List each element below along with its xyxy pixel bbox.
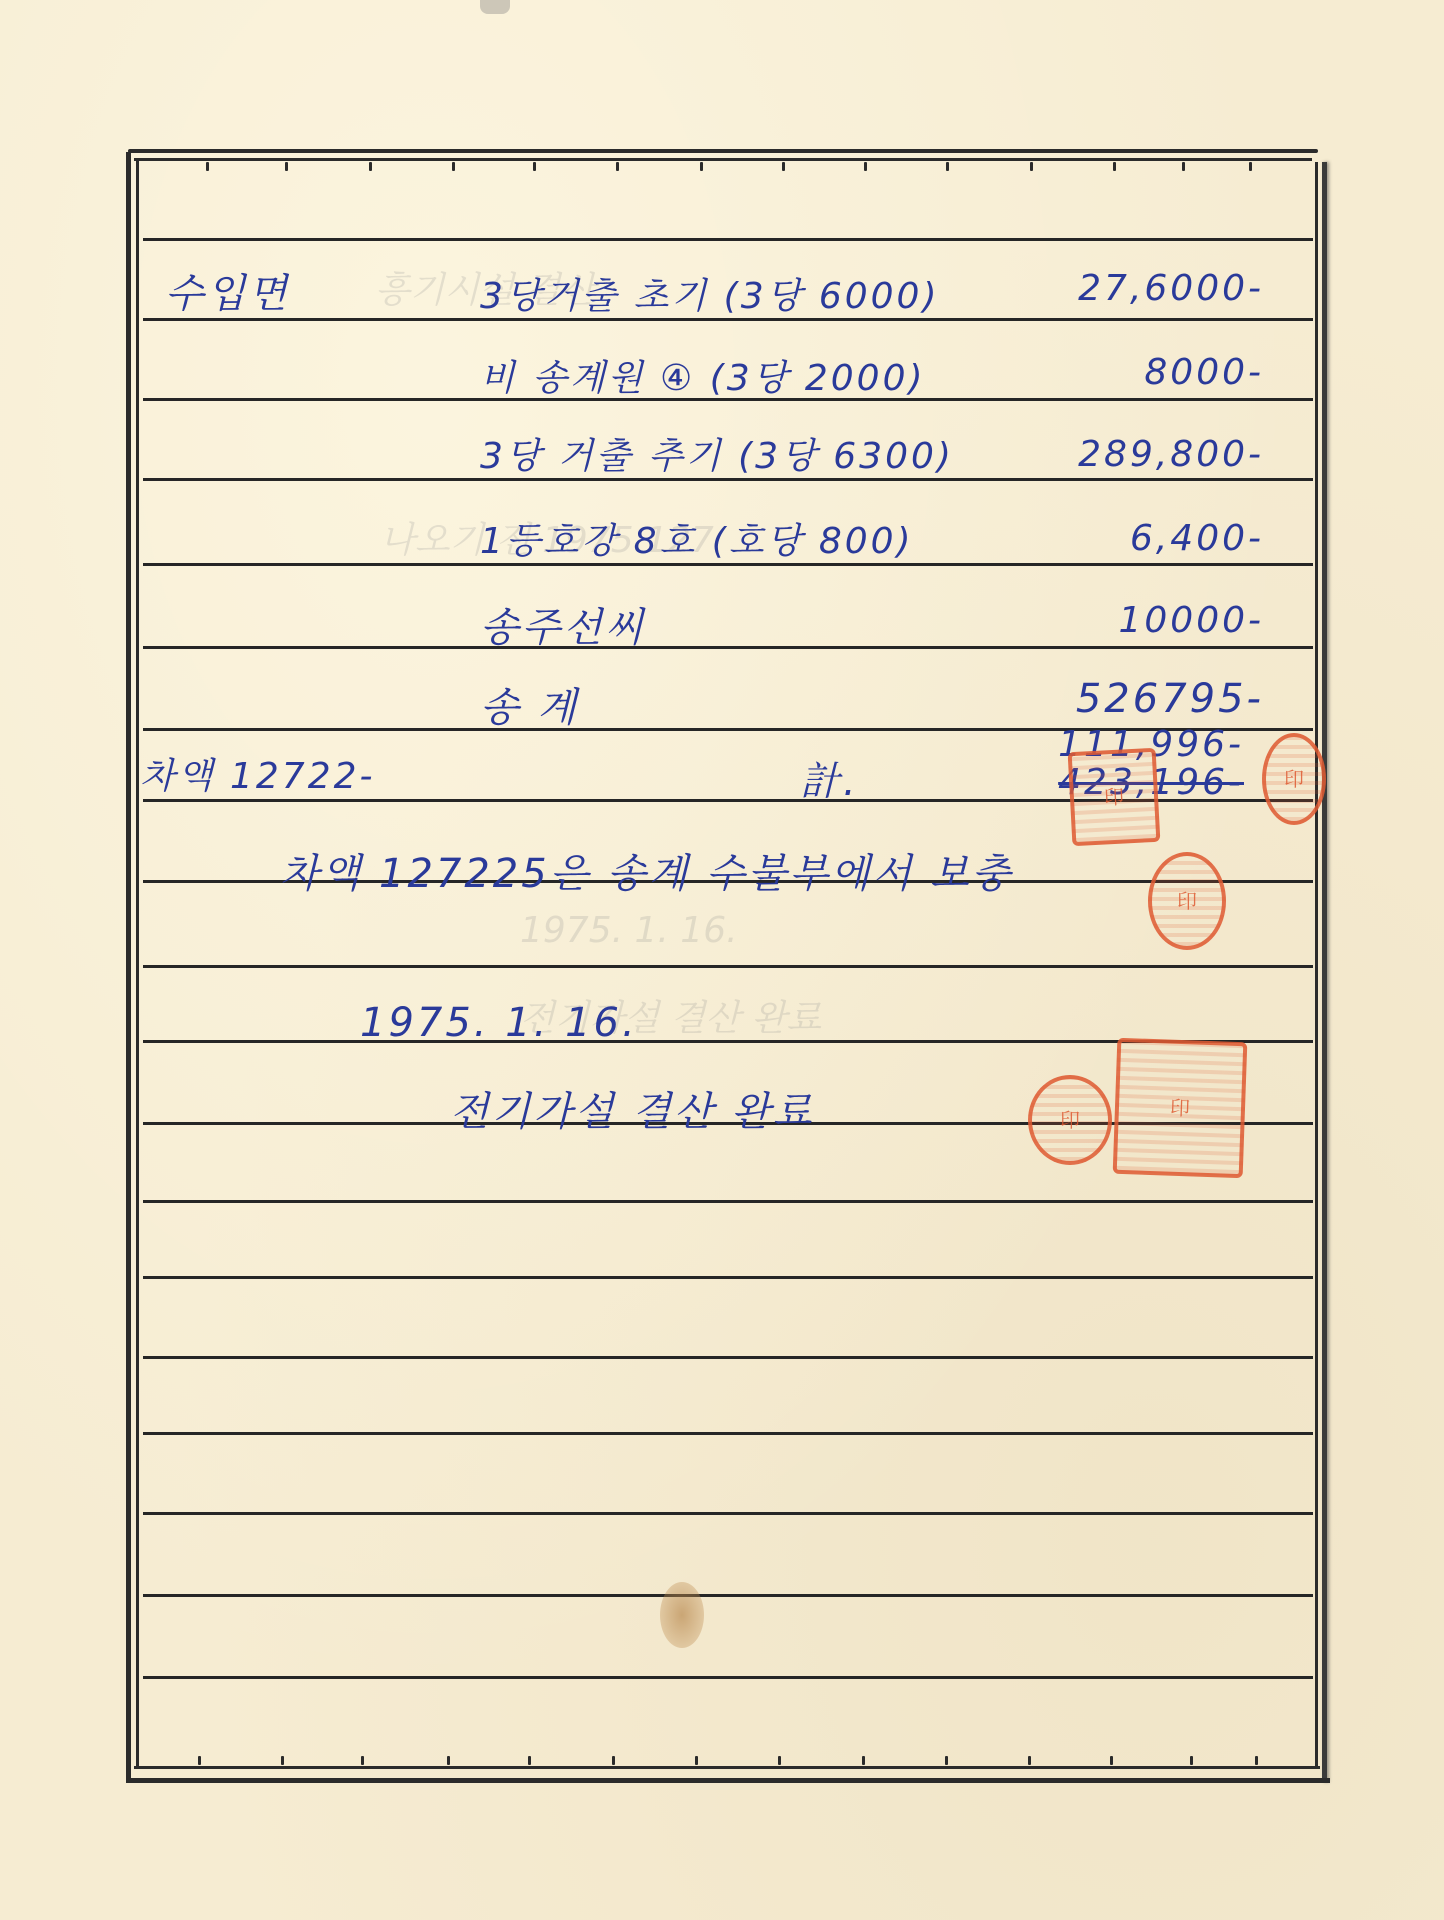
note-line: 차액 127225은 송계 수불부에서 보충	[280, 842, 1013, 899]
tick-mark	[1113, 162, 1116, 171]
ruled-line	[143, 1594, 1313, 1597]
tick-mark	[862, 1756, 865, 1765]
tick-mark	[1028, 1756, 1031, 1765]
ledger-page: 흥기시설 결산 나오기 전 1975 127 1975. 1. 16. 전기가설…	[0, 0, 1444, 1920]
ruled-line	[143, 238, 1313, 241]
stain-mark	[660, 1582, 704, 1648]
seal-stamp: 印	[1262, 733, 1326, 825]
row-amount: 8000-	[1144, 352, 1264, 393]
tick-mark	[700, 162, 703, 171]
tick-mark	[198, 1756, 201, 1765]
ruled-line	[143, 1432, 1313, 1435]
tick-mark	[281, 1756, 284, 1765]
bleedthrough-text: 1975. 1. 16.	[520, 910, 738, 951]
tick-mark	[528, 1756, 531, 1765]
row-description: 3당거출 초기 (3당 6000)	[480, 268, 940, 319]
tick-mark	[206, 162, 209, 171]
ruled-line	[143, 1276, 1313, 1279]
row-amount: 6,400-	[1130, 518, 1264, 559]
seal-stamp: 印	[1113, 1038, 1248, 1178]
row-amount: 10000-	[1118, 600, 1264, 641]
row-description: 송주선씨	[480, 596, 647, 653]
tick-mark	[945, 1756, 948, 1765]
tick-mark	[1030, 162, 1033, 171]
tick-mark	[361, 1756, 364, 1765]
tick-mark	[533, 162, 536, 171]
ruled-line	[143, 965, 1313, 968]
frame-inner-right	[1315, 162, 1318, 1768]
row-description: 비 송계원 ④ (3당 2000)	[480, 350, 926, 401]
row-amount: 289,800-	[1078, 434, 1264, 475]
section-label: 수입면	[165, 262, 290, 319]
tick-mark	[864, 162, 867, 171]
tick-mark	[1190, 1756, 1193, 1765]
ruled-line	[143, 1512, 1313, 1515]
ruled-line	[143, 646, 1313, 649]
ruled-line	[143, 1200, 1313, 1203]
frame-outer-bottom	[126, 1778, 1330, 1783]
tick-mark	[778, 1756, 781, 1765]
row-amount: 27,6000-	[1078, 268, 1264, 309]
frame-inner-left	[136, 160, 139, 1768]
closing-statement: 전기가설 결산 완료	[450, 1080, 815, 1137]
seal-stamp: 印	[1028, 1075, 1112, 1165]
tick-mark	[447, 1756, 450, 1765]
frame-outer-top	[128, 149, 1318, 153]
frame-outer-right	[1322, 162, 1327, 1782]
frame-outer-left	[126, 152, 131, 1782]
binding-mark	[480, 0, 510, 14]
seal-stamp: 印	[1148, 852, 1226, 950]
ruled-line	[143, 1356, 1313, 1359]
tick-mark	[1110, 1756, 1113, 1765]
tick-mark	[1255, 1756, 1258, 1765]
settlement-date: 1975. 1. 16.	[360, 1000, 638, 1046]
tick-mark	[946, 162, 949, 171]
tick-mark	[285, 162, 288, 171]
tick-mark	[695, 1756, 698, 1765]
ruled-line	[143, 1676, 1313, 1679]
balance-label: 차액 12722-	[140, 748, 376, 799]
seal-stamp: 印	[1068, 748, 1161, 846]
tick-mark	[616, 162, 619, 171]
frame-inner-bottom	[134, 1766, 1320, 1769]
tick-mark	[369, 162, 372, 171]
tick-mark	[452, 162, 455, 171]
row-total-amount: 526795-	[1076, 676, 1264, 722]
row-description: 1등호강 8호 (호당 800)	[480, 513, 914, 564]
frame-inner-top	[134, 158, 1312, 161]
tick-mark	[782, 162, 785, 171]
row-description: 3당 거출 추기 (3당 6300)	[480, 428, 954, 479]
balance-middle-mark: 計.	[800, 750, 859, 807]
row-description: 송 계	[480, 676, 579, 733]
tick-mark	[1249, 162, 1252, 171]
tick-mark	[1182, 162, 1185, 171]
tick-mark	[612, 1756, 615, 1765]
